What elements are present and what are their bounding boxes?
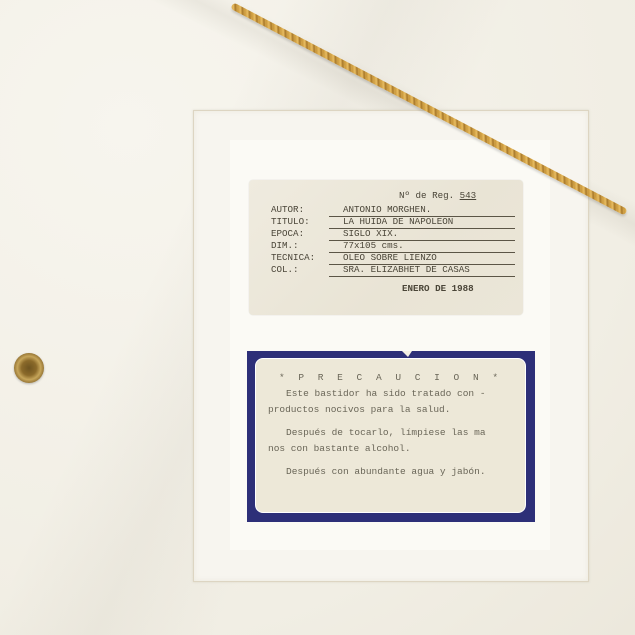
- field-titulo: TITULO: LA HUIDA DE NAPOLEON: [271, 216, 521, 227]
- warning-line: productos nocivos para la salud.: [268, 403, 517, 416]
- label-date: ENERO DE 1988: [402, 283, 474, 295]
- warning-line: nos con bastante alcohol.: [268, 442, 517, 455]
- paper-tear: [402, 351, 412, 357]
- registration-label: Nº de Reg. 543 AUTOR: ANTONIO MORGHEN. T…: [249, 180, 523, 315]
- field-value: OLEO SOBRE LIENZO: [329, 252, 515, 265]
- field-value: SRA. ELIZABHET DE CASAS: [329, 264, 515, 277]
- reg-number: 543: [460, 190, 477, 201]
- registration-number: Nº de Reg. 543: [399, 190, 476, 202]
- field-value: SIGLO XIX.: [329, 228, 515, 241]
- brass-fastener-icon: [14, 353, 44, 383]
- field-value: LA HUIDA DE NAPOLEON: [329, 216, 515, 229]
- field-label: EPOCA:: [271, 228, 304, 240]
- warning-line: Este bastidor ha sido tratado con -: [268, 387, 517, 400]
- field-label: TITULO:: [271, 216, 310, 228]
- field-col: COL.: SRA. ELIZABHET DE CASAS: [271, 264, 521, 275]
- field-tecnica: TECNICA: OLEO SOBRE LIENZO: [271, 252, 521, 263]
- reg-label: Nº de Reg.: [399, 190, 454, 201]
- warning-line: Después con abundante agua y jabón.: [268, 465, 517, 478]
- field-value: ANTONIO MORGHEN.: [329, 204, 515, 217]
- field-label: DIM.:: [271, 240, 299, 252]
- field-label: COL.:: [271, 264, 299, 276]
- field-label: TECNICA:: [271, 252, 315, 264]
- field-label: AUTOR:: [271, 204, 304, 216]
- field-dim: DIM.: 77x105 cms.: [271, 240, 521, 251]
- warning-line: Después de tocarlo, límpiese las ma: [268, 426, 517, 439]
- warning-title: * P R E C A U C I O N *: [256, 371, 525, 384]
- warning-label: * P R E C A U C I O N * Este bastidor ha…: [247, 351, 535, 522]
- warning-label-body: * P R E C A U C I O N * Este bastidor ha…: [255, 358, 526, 513]
- field-value: 77x105 cms.: [329, 240, 515, 253]
- field-epoca: EPOCA: SIGLO XIX.: [271, 228, 521, 239]
- field-autor: AUTOR: ANTONIO MORGHEN.: [271, 204, 521, 215]
